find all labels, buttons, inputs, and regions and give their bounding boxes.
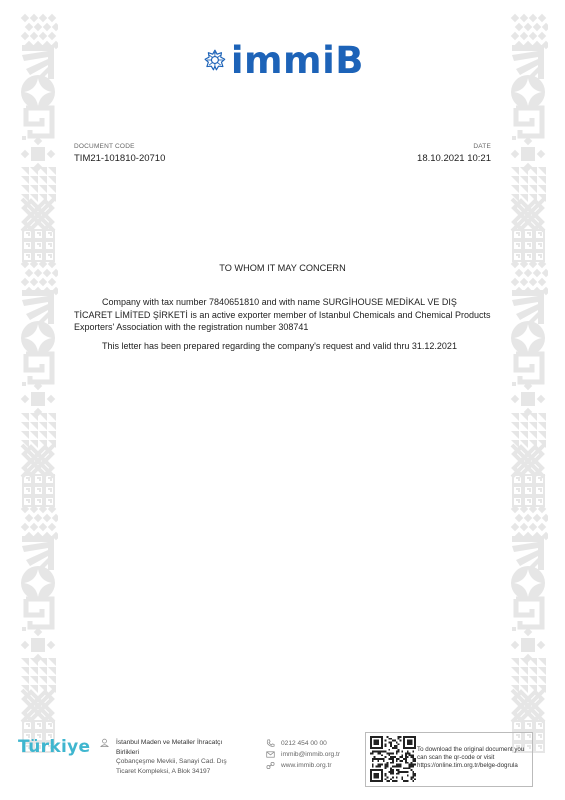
qr-line-3[interactable]: https://online.tim.org.tr/belge-dogrula	[417, 762, 533, 770]
contact-block: 0212 454 00 00 immib@immib.org.tr www.im…	[266, 738, 340, 771]
qr-instructions: To download the original document you ca…	[417, 746, 533, 770]
document-code-value: TIM21-101810-20710	[74, 153, 165, 164]
address-block: İstanbul Maden ve Metaller İhracatçı Bir…	[100, 738, 227, 776]
address-line-1: İstanbul Maden ve Metaller İhracatçı	[116, 738, 227, 748]
phone-icon	[266, 739, 275, 748]
footer: Türkiye İstanbul Maden ve Metaller İhrac…	[0, 725, 565, 790]
letter-paragraph-1: Company with tax number 7840651810 and w…	[74, 296, 492, 334]
turkiye-logo: Türkiye	[18, 737, 90, 757]
address-line-2: Birlikleri	[116, 748, 227, 758]
paragraph-1-text: Company with tax number 7840651810 and w…	[74, 297, 490, 332]
logo-wordmark: immiB	[231, 42, 364, 79]
email-link[interactable]: immib@immib.org.tr	[281, 749, 340, 760]
left-border-ornament	[18, 0, 58, 740]
address-line-4: Ticaret Kompleksi, A Blok 34197	[116, 767, 227, 777]
qr-line-2: can scan the qr-code or visit	[417, 754, 533, 762]
phone-number: 0212 454 00 00	[281, 738, 327, 749]
date-label: DATE	[473, 143, 491, 150]
letter-paragraph-2: This letter has been prepared regarding …	[74, 340, 492, 353]
contact-email: immib@immib.org.tr	[266, 749, 340, 760]
location-pin-icon	[100, 738, 109, 747]
address-line-3: Çobançeşme Mevkii, Sanayi Cad. Dış	[116, 757, 227, 767]
right-border-ornament	[508, 0, 548, 740]
letter-heading: TO WHOM IT MAY CONCERN	[0, 263, 565, 273]
contact-phone: 0212 454 00 00	[266, 738, 340, 749]
contact-website: www.immib.org.tr	[266, 760, 340, 771]
link-icon	[266, 761, 275, 770]
mail-icon	[266, 750, 275, 759]
document-code-label: DOCUMENT CODE	[74, 143, 135, 150]
immib-star-logo-icon	[204, 31, 226, 89]
qr-code-icon[interactable]	[370, 736, 416, 782]
immib-logo: immiB	[204, 28, 364, 92]
paragraph-2-text: This letter has been prepared regarding …	[102, 341, 457, 351]
qr-line-1: To download the original document you	[417, 746, 533, 754]
website-link[interactable]: www.immib.org.tr	[281, 760, 332, 771]
date-value: 18.10.2021 10:21	[417, 153, 491, 164]
qr-verification-box: To download the original document you ca…	[365, 732, 533, 787]
